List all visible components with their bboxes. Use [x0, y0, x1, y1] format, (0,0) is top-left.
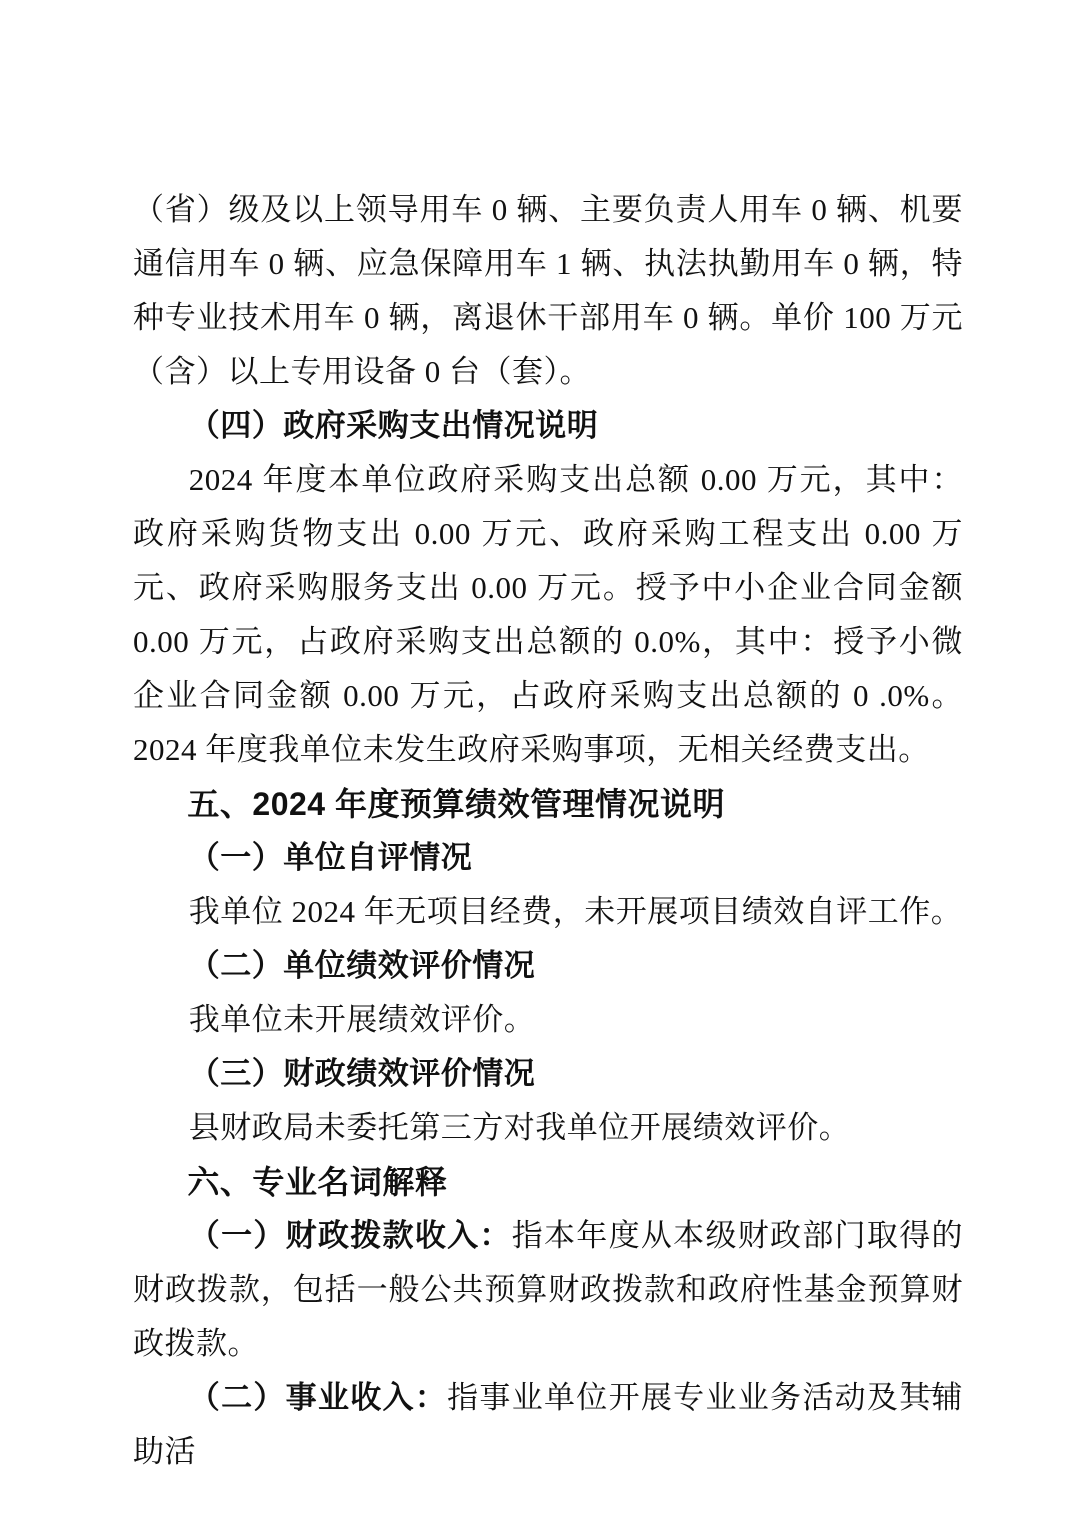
paragraph-vehicles-continued: （省）级及以上领导用车 0 辆、主要负责人用车 0 辆、机要通信用车 0 辆、应… — [133, 183, 963, 399]
heading-procurement-expenditure: （四）政府采购支出情况说明 — [133, 399, 963, 453]
paragraph-procurement-expenditure: 2024 年度本单位政府采购支出总额 0.00 万元，其中：政府采购货物支出 0… — [133, 453, 963, 777]
paragraph-term-fiscal-income: （一）财政拨款收入：指本年度从本级财政部门取得的财政拨款，包括一般公共预算财政拨… — [133, 1209, 963, 1371]
term-business-income-label: （二）事业收入： — [189, 1380, 447, 1415]
paragraph-unit-self-evaluation: 我单位 2024 年无项目经费，未开展项目绩效自评工作。 — [133, 885, 963, 939]
page-number: — 7 — — [870, 1378, 945, 1401]
document-body: （省）级及以上领导用车 0 辆、主要负责人用车 0 辆、机要通信用车 0 辆、应… — [133, 183, 963, 1479]
heading-glossary: 六、专业名词解释 — [133, 1155, 963, 1209]
heading-budget-performance: 五、2024 年度预算绩效管理情况说明 — [133, 777, 963, 831]
heading-unit-performance-evaluation: （二）单位绩效评价情况 — [133, 939, 963, 993]
paragraph-fiscal-performance-evaluation: 县财政局未委托第三方对我单位开展绩效评价。 — [133, 1101, 963, 1155]
heading-fiscal-performance-evaluation: （三）财政绩效评价情况 — [133, 1047, 963, 1101]
document-page: （省）级及以上领导用车 0 辆、主要负责人用车 0 辆、机要通信用车 0 辆、应… — [0, 0, 1075, 1520]
paragraph-term-business-income: （二）事业收入：指事业单位开展专业业务活动及其辅助活 — [133, 1371, 963, 1479]
term-fiscal-income-label: （一）财政拨款收入： — [189, 1218, 512, 1253]
heading-unit-self-evaluation: （一）单位自评情况 — [133, 831, 963, 885]
paragraph-unit-performance-evaluation: 我单位未开展绩效评价。 — [133, 993, 963, 1047]
